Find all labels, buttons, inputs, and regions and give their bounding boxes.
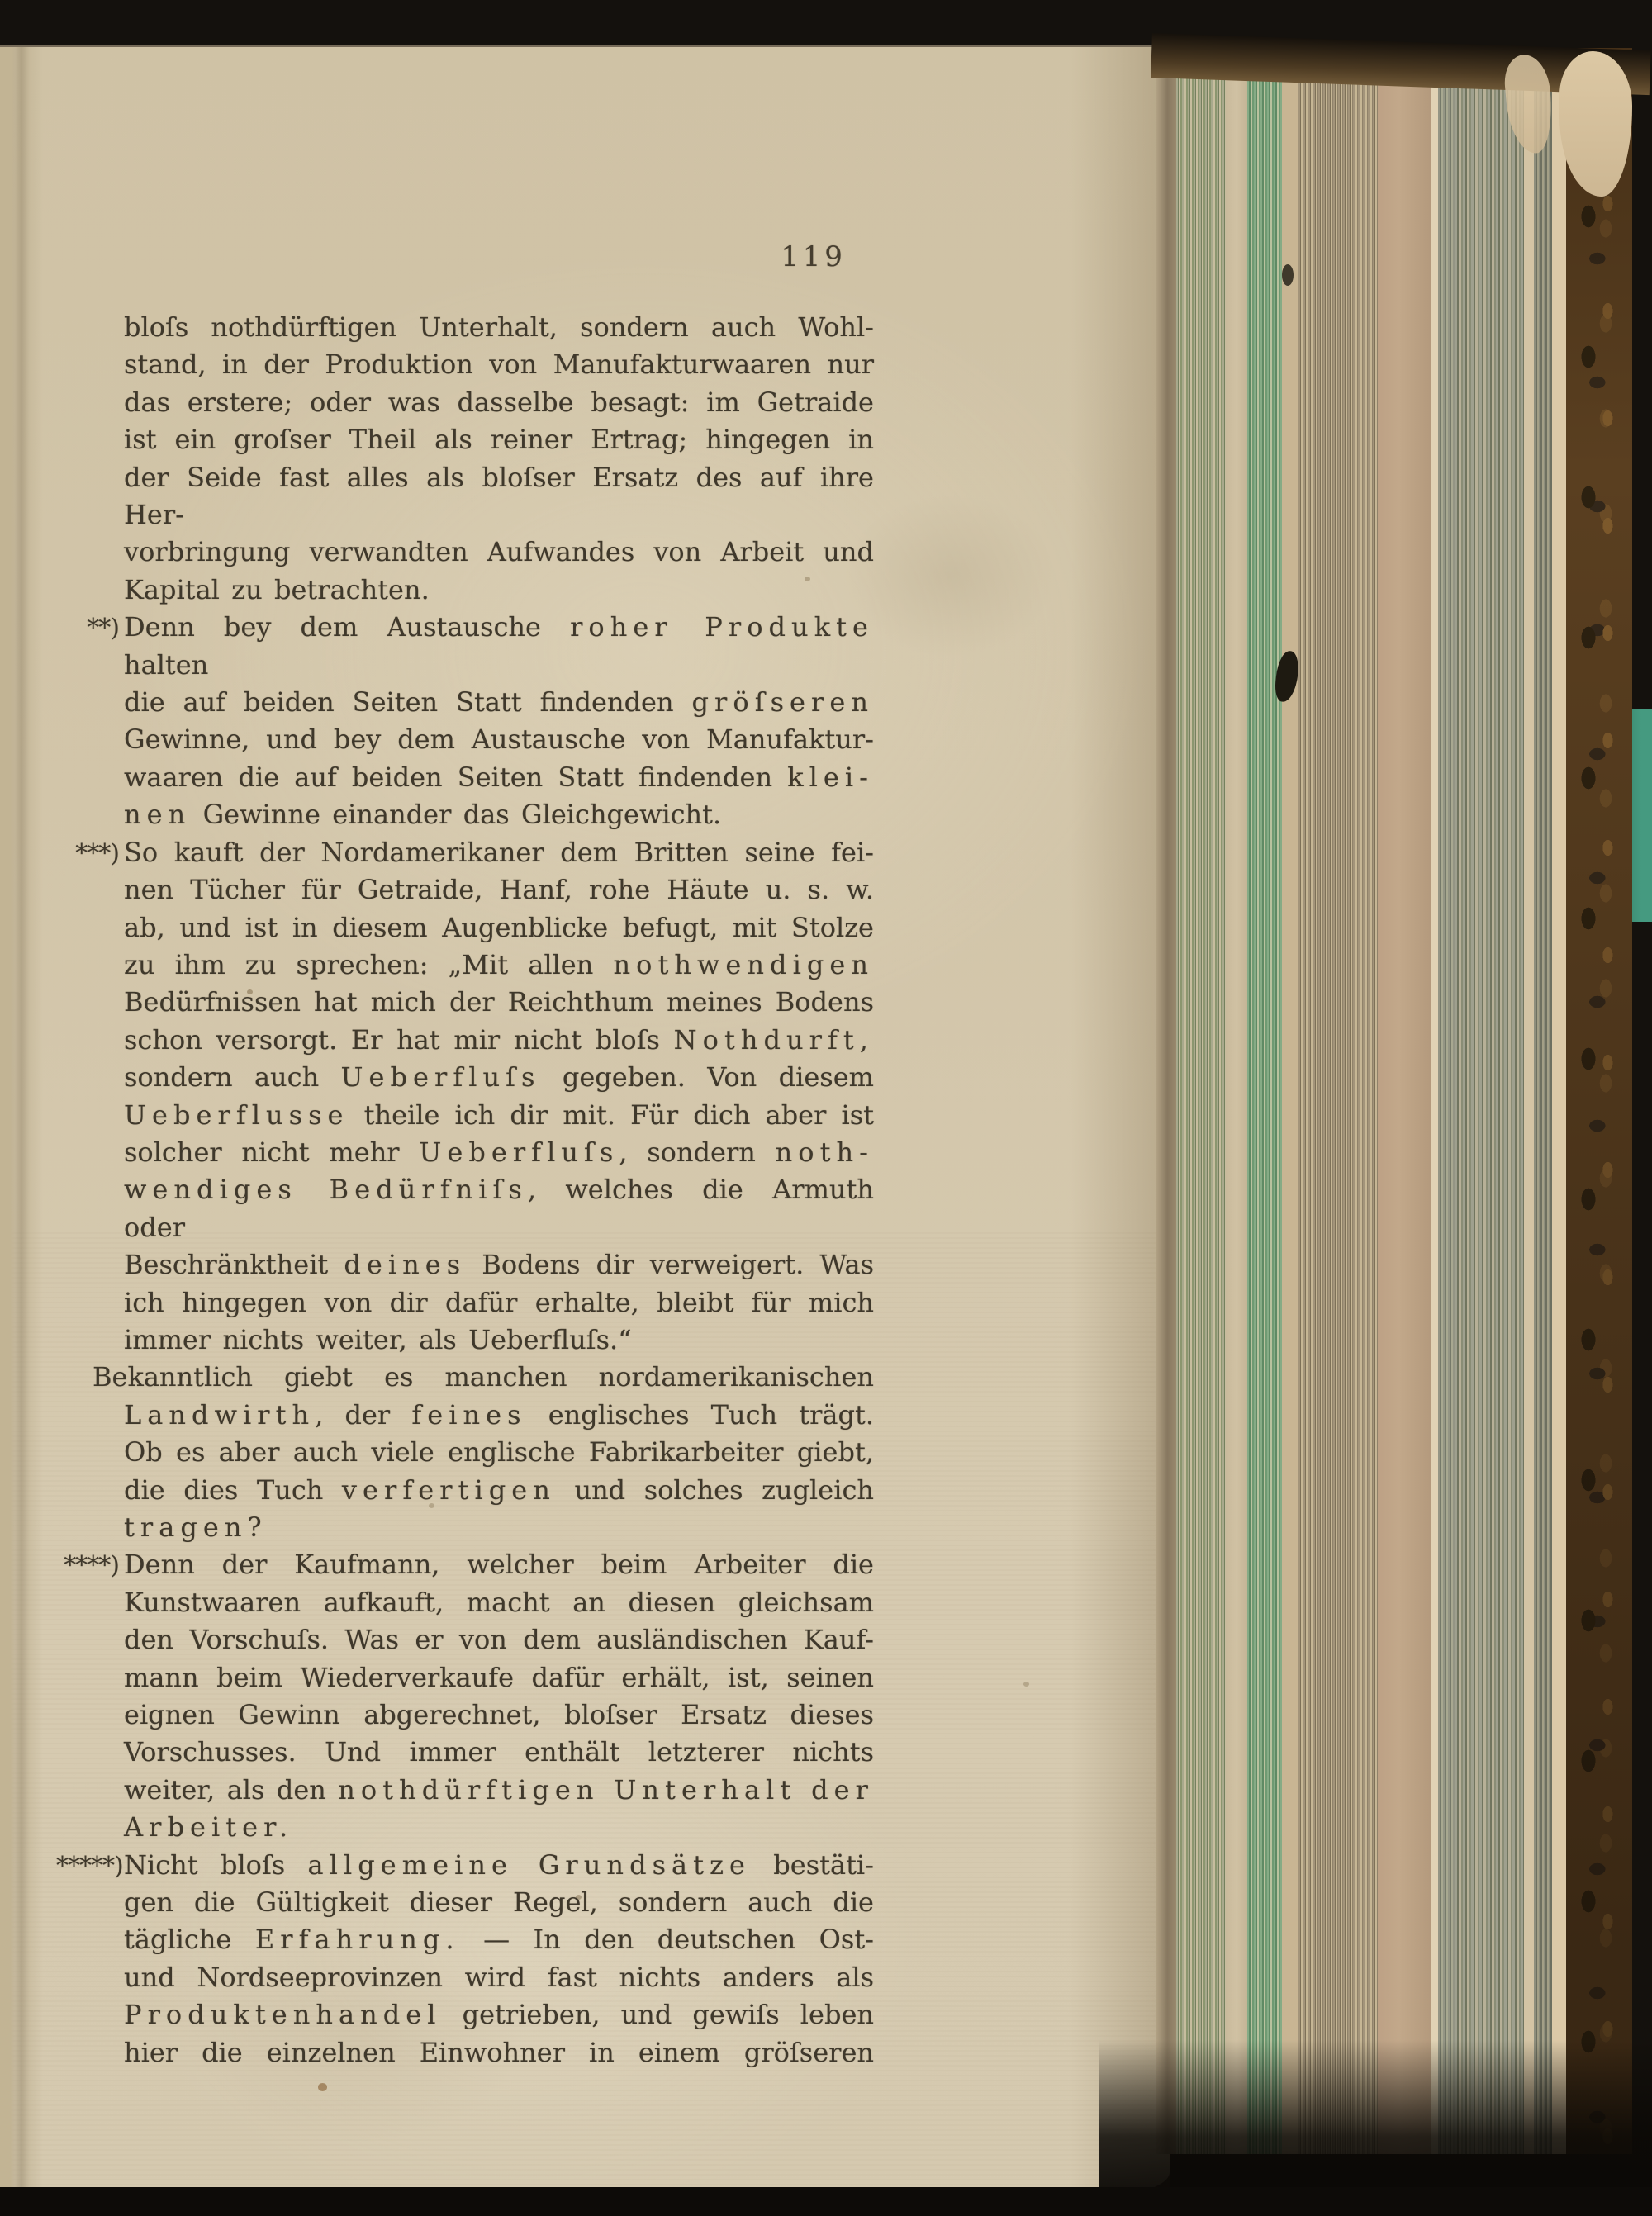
fore-edge-strip (1226, 48, 1247, 2154)
letterspaced-text: feines (411, 1399, 526, 1431)
text-line: eignen Gewinn abgerechnet, bloſser Ersat… (124, 1696, 874, 1734)
text-line: Landwirth, der feines englisches Tuch tr… (124, 1397, 874, 1434)
letterspaced-text: nothdürftigen Unterhalt der (338, 1774, 874, 1806)
text-line: Nicht bloſs allgemeine Grundsätze bestät… (124, 1847, 874, 1884)
text-segment: Bedürfnissen hat mich der Reichthum mein… (124, 986, 874, 1018)
text-segment: Vorschusses. Und immer enthält letzterer… (124, 1736, 874, 1768)
text-line: die auf beiden Seiten Statt findenden gr… (124, 684, 874, 721)
text-segment: nen Tücher für Getraide, Hanf, rohe Häut… (124, 874, 874, 905)
text-segment: das erstere; oder was dasselbe besagt: i… (124, 387, 874, 418)
text-block: bloſs nothdürftigen Unterhalt, sondern a… (124, 309, 874, 2071)
marbled-cover-edge (1566, 48, 1632, 2154)
text-segment: gegeben. Von diesem (541, 1061, 874, 1093)
text-segment: Denn der Kaufmann, welcher beim Arbeiter… (124, 1549, 874, 1580)
letterspaced-text: Nothdurft, (674, 1024, 874, 1056)
text-line: das erstere; oder was dasselbe besagt: i… (124, 384, 874, 421)
text-segment: theile ich dir mit. Für dich aber ist (349, 1099, 874, 1131)
text-segment: der Seide fast alles als bloſser Ersatz … (124, 462, 874, 530)
text-segment: Bodens dir verweigert. Was (466, 1249, 874, 1280)
text-segment: halten (124, 649, 208, 681)
text-segment: Kapital zu betrachten. (124, 574, 430, 605)
text-segment: ist ein groſser Theil als reiner Ertrag;… (124, 424, 874, 455)
letterspaced-text: Ueberfluſs (419, 1136, 619, 1168)
text-segment: bestäti- (751, 1849, 874, 1881)
text-line: tägliche Erfahrung. — In den deutschen O… (124, 1921, 874, 1958)
text-line: mann beim Wiederverkaufe dafür erhält, i… (124, 1659, 874, 1696)
letterspaced-text: deines (344, 1249, 466, 1280)
text-line: sondern auch Ueberfluſs gegeben. Von die… (124, 1059, 874, 1096)
paragraph: ****)Denn der Kaufmann, welcher beim Arb… (124, 1546, 874, 1846)
text-line: tragen? (124, 1509, 874, 1546)
text-segment: tägliche (124, 1924, 255, 1955)
text-line: Denn der Kaufmann, welcher beim Arbeiter… (124, 1546, 874, 1583)
text-segment: , sondern (619, 1136, 775, 1168)
text-line: Beschränktheit deines Bodens dir verweig… (124, 1246, 874, 1284)
paper-stain (843, 493, 1057, 658)
text-line: Ob es aber auch viele englische Fabrikar… (124, 1434, 874, 1471)
letterspaced-text: allgemeine Grundsätze (308, 1849, 751, 1881)
text-segment: solcher nicht mehr (124, 1136, 419, 1168)
text-line: und Nordseeprovinzen wird fast nichts an… (124, 1959, 874, 1996)
footnote-marker: ****) (56, 1547, 119, 1584)
fore-edge-strip (1552, 48, 1566, 2154)
paragraph: ***)So kauft der Nordamerikaner dem Brit… (124, 834, 874, 1359)
text-segment: und solches zugleich (556, 1474, 874, 1506)
letterspaced-text: Produktenhandel (124, 1999, 442, 2030)
text-line: ich hingegen von dir dafür erhalte, blei… (124, 1284, 874, 1322)
page-gutter-fold (0, 47, 43, 2200)
text-line: immer nichts weiter, als Ueberfluſs.“ (124, 1322, 874, 1359)
text-segment: sondern auch (124, 1061, 341, 1093)
text-line: Kunstwaaren aufkauft, macht an diesen gl… (124, 1584, 874, 1621)
ink-blotch (1282, 264, 1294, 286)
text-segment: zu ihm zu sprechen: „Mit allen (124, 949, 613, 980)
letterspaced-text: Ueberfluſs (341, 1061, 541, 1093)
text-line: schon versorgt. Er hat mir nicht bloſs N… (124, 1022, 874, 1059)
ink-blotch (1274, 650, 1300, 703)
bottom-shadow-band (0, 2187, 1652, 2216)
fore-edge-strip (1455, 48, 1524, 2154)
letterspaced-text: roher Produkte (570, 611, 874, 643)
fore-edge-strip (1298, 48, 1378, 2154)
text-line: wendiges Bedürfniſs, welches die Armuth … (124, 1171, 874, 1246)
fore-edge-strip-green (1247, 48, 1282, 2154)
letterspaced-text: Erfahrung. (255, 1924, 460, 1955)
fore-edge-strip (1438, 48, 1455, 2154)
text-line: zu ihm zu sprechen: „Mit allen nothwendi… (124, 947, 874, 984)
text-line: den Vorschuſs. Was er von dem ausländisc… (124, 1621, 874, 1658)
text-segment: Kunstwaaren aufkauft, macht an diesen gl… (124, 1587, 874, 1618)
letterspaced-text: nothwendigen (613, 949, 874, 980)
paragraph: **)Denn bey dem Austausche roher Produkt… (124, 609, 874, 833)
text-segment: getrieben, und gewiſs leben (442, 1999, 874, 2030)
text-line: der Seide fast alles als bloſser Ersatz … (124, 459, 874, 534)
letterspaced-text: Landwirth (124, 1399, 315, 1431)
letterspaced-text: Arbeiter. (124, 1811, 293, 1843)
paragraph: *****)Nicht bloſs allgemeine Grundsätze … (124, 1847, 874, 2071)
text-line: Produktenhandel getrieben, und gewiſs le… (124, 1996, 874, 2033)
text-segment: ich hingegen von dir dafür erhalte, blei… (124, 1287, 874, 1318)
paragraph: bloſs nothdürftigen Unterhalt, sondern a… (124, 309, 874, 609)
text-line: bloſs nothdürftigen Unterhalt, sondern a… (124, 309, 874, 346)
text-line: hier die einzelnen Einwohner in einem gr… (124, 2034, 874, 2071)
text-line: Vorschusses. Und immer enthält letzterer… (124, 1734, 874, 1771)
fore-edge-strip (1282, 48, 1298, 2154)
text-line: vorbringung verwandten Aufwandes von Arb… (124, 534, 874, 571)
text-line: ab, und ist in diesem Augenblicke befugt… (124, 909, 874, 947)
page-edge-shade (1070, 47, 1170, 2200)
text-segment: gen die Gültigkeit dieser Regel, sondern… (124, 1886, 874, 1918)
text-segment: immer nichts weiter, als Ueberfluſs.“ (124, 1324, 632, 1355)
paragraph: Bekanntlich giebt es manchen nordamerika… (124, 1359, 874, 1546)
text-segment: Denn bey dem Austausche (124, 611, 570, 643)
text-line: ist ein groſser Theil als reiner Ertrag;… (124, 421, 874, 458)
fore-edge-strip (1176, 48, 1226, 2154)
text-line: Bedürfnissen hat mich der Reichthum mein… (124, 984, 874, 1021)
text-line: Bekanntlich giebt es manchen nordamerika… (93, 1359, 874, 1396)
text-segment: Gewinne, und bey dem Austausche von Manu… (124, 724, 874, 755)
text-line: weiter, als den nothdürftigen Unterhalt … (124, 1772, 874, 1809)
paper-fleck (0, 47, 4, 50)
fore-edge-strip (1431, 48, 1438, 2154)
letterspaced-text: Ueberflusse (124, 1099, 349, 1131)
text-segment: englisches Tuch trägt. (527, 1399, 874, 1431)
text-segment: vorbringung verwandten Aufwandes von Arb… (124, 536, 874, 567)
text-segment: hier die einzelnen Einwohner in einem gr… (124, 2037, 874, 2068)
letterspaced-text: wendiges Bedürfniſs (124, 1174, 528, 1205)
teal-cloth-sliver (1626, 709, 1652, 922)
letterspaced-text: verfertigen (342, 1474, 556, 1506)
text-segment: Beschränktheit (124, 1249, 344, 1280)
footnote-marker: ***) (56, 835, 119, 872)
text-segment: Bekanntlich giebt es manchen nordamerika… (93, 1361, 874, 1393)
fore-edge-strip (1378, 48, 1431, 2154)
letterspaced-text: tragen? (124, 1511, 268, 1543)
text-segment: mann beim Wiederverkaufe dafür erhält, i… (124, 1662, 874, 1693)
text-line: waaren die auf beiden Seiten Statt finde… (124, 759, 874, 796)
text-segment: So kauft der Nordamerikaner dem Britten … (124, 837, 874, 868)
letterspaced-text: nen (124, 799, 191, 830)
text-segment: schon versorgt. Er hat mir nicht bloſs (124, 1024, 674, 1056)
text-segment: die dies Tuch (124, 1474, 342, 1506)
text-line: nen Tücher für Getraide, Hanf, rohe Häut… (124, 871, 874, 909)
book-page: 119 bloſs nothdürftigen Unterhalt, sonde… (0, 45, 1170, 2200)
fore-edge-strip (1534, 48, 1552, 2154)
text-line: die dies Tuch verfertigen und solches zu… (124, 1472, 874, 1509)
footnote-marker: **) (56, 610, 119, 647)
letterspaced-text: klei- (787, 762, 874, 793)
letterspaced-text: noth- (776, 1136, 874, 1168)
text-segment: Gewinne einander das Gleichgewicht. (191, 799, 721, 830)
text-line: Ueberflusse theile ich dir mit. Für dich… (124, 1097, 874, 1134)
text-line: Gewinne, und bey dem Austausche von Manu… (124, 721, 874, 758)
text-segment: waaren die auf beiden Seiten Statt finde… (124, 762, 787, 793)
text-segment: den Vorschuſs. Was er von dem ausländisc… (124, 1624, 874, 1655)
text-segment: Ob es aber auch viele englische Fabrikar… (124, 1436, 874, 1468)
footnote-marker: *****) (56, 1848, 119, 1885)
text-line: nen Gewinne einander das Gleichgewicht. (124, 796, 874, 833)
text-segment: weiter, als den (124, 1774, 338, 1806)
text-line: Kapital zu betrachten. (124, 572, 874, 609)
text-segment: , der (315, 1399, 411, 1431)
letterspaced-text: gröſseren (692, 686, 874, 718)
text-segment: und Nordseeprovinzen wird fast nichts an… (124, 1962, 874, 1993)
text-segment: die auf beiden Seiten Statt findenden (124, 686, 692, 718)
text-segment: bloſs nothdürftigen Unterhalt, sondern a… (124, 311, 874, 343)
text-line: gen die Gültigkeit dieser Regel, sondern… (124, 1884, 874, 1921)
text-segment: Nicht bloſs (124, 1849, 308, 1881)
text-segment: stand, in der Produktion von Manufakturw… (124, 349, 874, 380)
page-number: 119 (727, 240, 900, 273)
text-line: stand, in der Produktion von Manufakturw… (124, 346, 874, 383)
text-line: Arbeiter. (124, 1809, 874, 1846)
text-segment: eignen Gewinn abgerechnet, bloſser Ersat… (124, 1699, 874, 1730)
text-line: Denn bey dem Austausche roher Produkte h… (124, 609, 874, 684)
text-line: So kauft der Nordamerikaner dem Britten … (124, 834, 874, 871)
text-line: solcher nicht mehr Ueberfluſs, sondern n… (124, 1134, 874, 1171)
text-segment: — In den deutschen Ost- (460, 1924, 874, 1955)
fore-edge-strip (1524, 48, 1534, 2154)
scan-background: 119 bloſs nothdürftigen Unterhalt, sonde… (0, 0, 1652, 2216)
curled-page-corner (1559, 51, 1632, 197)
text-segment: ab, und ist in diesem Augenblicke befugt… (124, 912, 874, 943)
